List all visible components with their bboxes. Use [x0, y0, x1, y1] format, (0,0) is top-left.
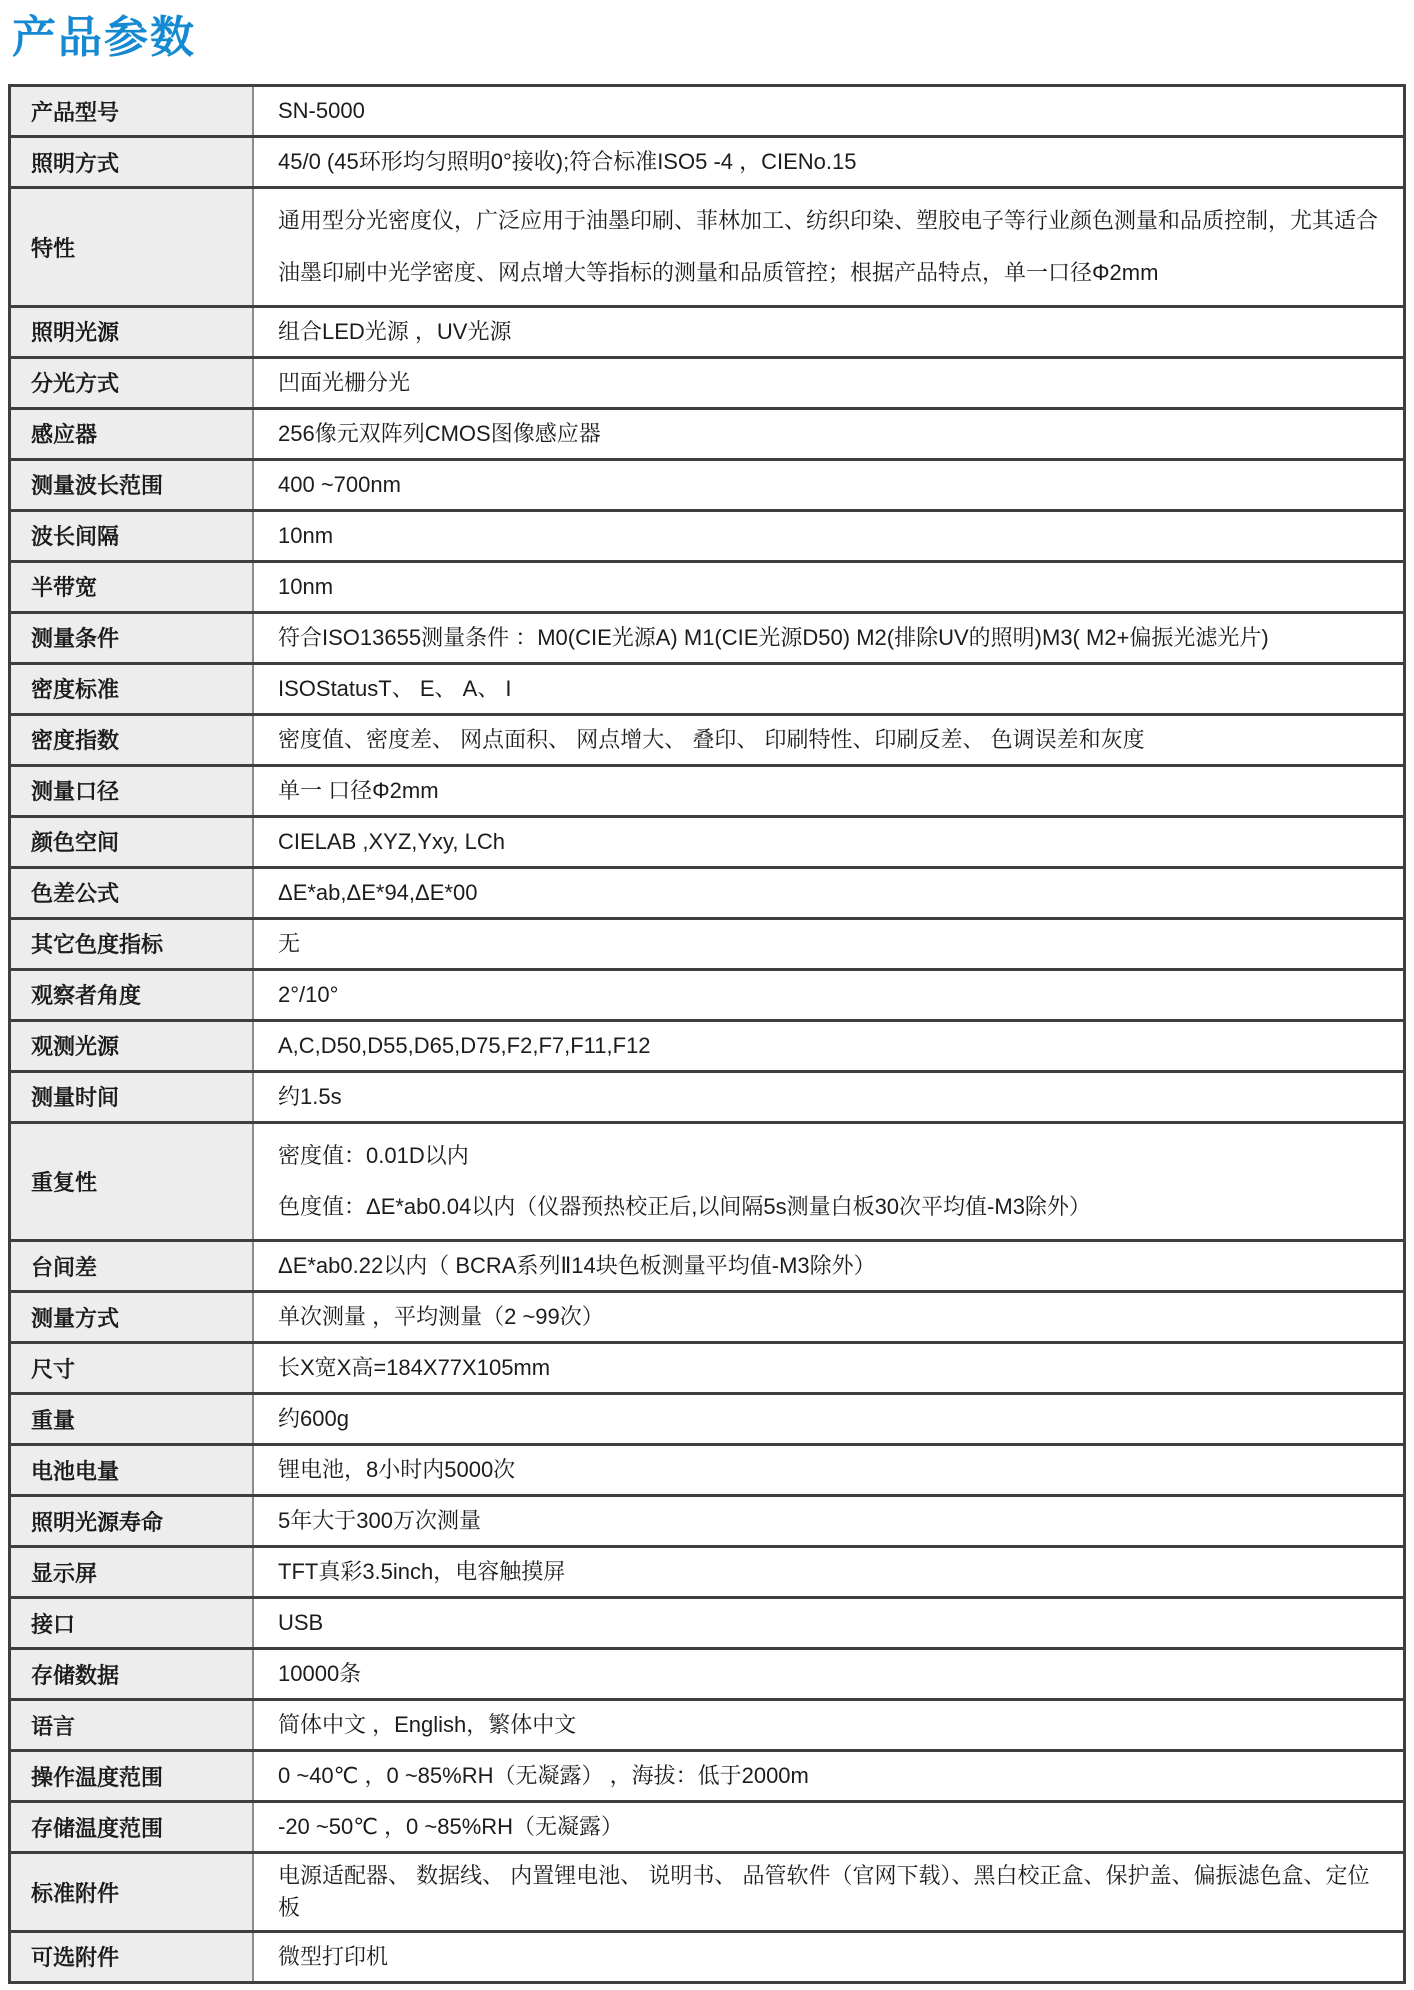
row-value: ΔE*ab0.22以内（ BCRA系列Ⅱ14块色板测量平均值-M3除外） — [254, 1242, 1403, 1290]
row-value: 简体中文 ，English，繁体中文 — [254, 1701, 1403, 1749]
table-row: 存储温度范围 -20 ~50℃ ，0 ~85%RH（无凝露） — [11, 1800, 1403, 1851]
row-label: 波长间隔 — [11, 512, 254, 560]
row-label: 观察者角度 — [11, 971, 254, 1019]
row-value: 符合ISO13655测量条件 ：M0(CIE光源A) M1(CIE光源D50) … — [254, 614, 1403, 662]
table-row: 测量条件 符合ISO13655测量条件 ：M0(CIE光源A) M1(CIE光源… — [11, 611, 1403, 662]
row-label: 测量条件 — [11, 614, 254, 662]
row-value: ΔE*ab,ΔE*94,ΔE*00 — [254, 869, 1403, 917]
row-value: 密度值：0.01D以内 色度值：ΔE*ab0.04以内（仪器预热校正后,以间隔5… — [254, 1124, 1403, 1239]
row-label: 显示屏 — [11, 1548, 254, 1596]
row-label: 产品型号 — [11, 87, 254, 135]
table-row: 照明方式 45/0 (45环形均匀照明0°接收);符合标准ISO5 -4 ，CI… — [11, 135, 1403, 186]
table-row: 显示屏 TFT真彩3.5inch，电容触摸屏 — [11, 1545, 1403, 1596]
table-row: 半带宽 10nm — [11, 560, 1403, 611]
row-value: 长X宽X高=184X77X105mm — [254, 1344, 1403, 1392]
table-row: 产品型号 SN-5000 — [11, 87, 1403, 135]
row-label: 电池电量 — [11, 1446, 254, 1494]
row-value: 2°/10° — [254, 971, 1403, 1019]
table-row: 观察者角度 2°/10° — [11, 968, 1403, 1019]
table-row: 波长间隔 10nm — [11, 509, 1403, 560]
row-value: 256像元双阵列CMOS图像感应器 — [254, 410, 1403, 458]
row-label: 感应器 — [11, 410, 254, 458]
row-label: 密度指数 — [11, 716, 254, 764]
table-row: 感应器 256像元双阵列CMOS图像感应器 — [11, 407, 1403, 458]
table-row: 测量方式 单次测量 ，平均测量（2 ~99次） — [11, 1290, 1403, 1341]
table-row: 测量时间 约1.5s — [11, 1070, 1403, 1121]
row-label: 测量波长范围 — [11, 461, 254, 509]
row-value: SN-5000 — [254, 87, 1403, 135]
row-label: 色差公式 — [11, 869, 254, 917]
row-value: 密度值、密度差、 网点面积、 网点增大、 叠印、 印刷特性、印刷反差、 色调误差… — [254, 716, 1403, 764]
row-label: 尺寸 — [11, 1344, 254, 1392]
table-row: 可选附件 微型打印机 — [11, 1930, 1403, 1981]
table-row: 电池电量 锂电池，8小时内5000次 — [11, 1443, 1403, 1494]
row-value: -20 ~50℃ ，0 ~85%RH（无凝露） — [254, 1803, 1403, 1851]
row-value: 约1.5s — [254, 1073, 1403, 1121]
row-value: USB — [254, 1599, 1403, 1647]
table-row: 照明光源寿命 5年大于300万次测量 — [11, 1494, 1403, 1545]
row-value: 凹面光栅分光 — [254, 359, 1403, 407]
row-value: 锂电池，8小时内5000次 — [254, 1446, 1403, 1494]
row-label: 半带宽 — [11, 563, 254, 611]
table-row: 测量口径 单一 口径Φ2mm — [11, 764, 1403, 815]
row-value: 10000条 — [254, 1650, 1403, 1698]
table-row: 分光方式 凹面光栅分光 — [11, 356, 1403, 407]
row-value: CIELAB ,XYZ,Yxy, LCh — [254, 818, 1403, 866]
row-label: 特性 — [11, 189, 254, 304]
table-row: 重复性 密度值：0.01D以内 色度值：ΔE*ab0.04以内（仪器预热校正后,… — [11, 1121, 1403, 1239]
row-value: 组合LED光源 ，UV光源 — [254, 308, 1403, 356]
row-label: 测量口径 — [11, 767, 254, 815]
row-label: 接口 — [11, 1599, 254, 1647]
row-label: 可选附件 — [11, 1933, 254, 1981]
table-row: 照明光源 组合LED光源 ，UV光源 — [11, 305, 1403, 356]
row-label: 存储温度范围 — [11, 1803, 254, 1851]
spec-table: 产品型号 SN-5000 照明方式 45/0 (45环形均匀照明0°接收);符合… — [8, 84, 1406, 1984]
row-value: 单一 口径Φ2mm — [254, 767, 1403, 815]
table-row: 特性 通用型分光密度仪，广泛应用于油墨印刷、菲林加工、纺织印染、塑胶电子等行业颜… — [11, 186, 1403, 304]
row-label: 照明光源 — [11, 308, 254, 356]
row-value: ISOStatusT、 E、 A、 I — [254, 665, 1403, 713]
row-label: 测量时间 — [11, 1073, 254, 1121]
table-row: 密度指数 密度值、密度差、 网点面积、 网点增大、 叠印、 印刷特性、印刷反差、… — [11, 713, 1403, 764]
row-label: 颜色空间 — [11, 818, 254, 866]
table-row: 尺寸 长X宽X高=184X77X105mm — [11, 1341, 1403, 1392]
table-row: 台间差 ΔE*ab0.22以内（ BCRA系列Ⅱ14块色板测量平均值-M3除外） — [11, 1239, 1403, 1290]
row-label: 标准附件 — [11, 1854, 254, 1930]
row-label: 分光方式 — [11, 359, 254, 407]
row-label: 测量方式 — [11, 1293, 254, 1341]
table-row: 密度标准 ISOStatusT、 E、 A、 I — [11, 662, 1403, 713]
row-value: 单次测量 ，平均测量（2 ~99次） — [254, 1293, 1403, 1341]
table-row: 存储数据 10000条 — [11, 1647, 1403, 1698]
row-label: 密度标准 — [11, 665, 254, 713]
row-value: A,C,D50,D55,D65,D75,F2,F7,F11,F12 — [254, 1022, 1403, 1070]
row-label: 观测光源 — [11, 1022, 254, 1070]
row-label: 照明光源寿命 — [11, 1497, 254, 1545]
row-value: 微型打印机 — [254, 1933, 1403, 1981]
row-label: 语言 — [11, 1701, 254, 1749]
row-label: 重量 — [11, 1395, 254, 1443]
table-row: 测量波长范围 400 ~700nm — [11, 458, 1403, 509]
table-row: 其它色度指标 无 — [11, 917, 1403, 968]
row-value: 无 — [254, 920, 1403, 968]
row-value: 45/0 (45环形均匀照明0°接收);符合标准ISO5 -4 ，CIENo.1… — [254, 138, 1403, 186]
row-value: 电源适配器、 数据线、 内置锂电池、 说明书、 品管软件（官网下载）、黑白校正盒… — [254, 1854, 1403, 1930]
row-value: 0 ~40℃ ，0 ~85%RH（无凝露） ，海拔：低于2000m — [254, 1752, 1403, 1800]
table-row: 重量 约600g — [11, 1392, 1403, 1443]
row-value: 通用型分光密度仪，广泛应用于油墨印刷、菲林加工、纺织印染、塑胶电子等行业颜色测量… — [254, 189, 1403, 304]
row-value: 10nm — [254, 563, 1403, 611]
table-row: 观测光源 A,C,D50,D55,D65,D75,F2,F7,F11,F12 — [11, 1019, 1403, 1070]
row-label: 存储数据 — [11, 1650, 254, 1698]
table-row: 语言 简体中文 ，English，繁体中文 — [11, 1698, 1403, 1749]
row-label: 其它色度指标 — [11, 920, 254, 968]
table-row: 颜色空间 CIELAB ,XYZ,Yxy, LCh — [11, 815, 1403, 866]
row-value: 约600g — [254, 1395, 1403, 1443]
row-label: 台间差 — [11, 1242, 254, 1290]
table-row: 接口 USB — [11, 1596, 1403, 1647]
table-row: 色差公式 ΔE*ab,ΔE*94,ΔE*00 — [11, 866, 1403, 917]
spec-sheet-page: 产品参数 产品型号 SN-5000 照明方式 45/0 (45环形均匀照明0°接… — [0, 0, 1414, 1990]
table-row: 操作温度范围 0 ~40℃ ，0 ~85%RH（无凝露） ，海拔：低于2000m — [11, 1749, 1403, 1800]
row-label: 重复性 — [11, 1124, 254, 1239]
row-label: 操作温度范围 — [11, 1752, 254, 1800]
row-value: 5年大于300万次测量 — [254, 1497, 1403, 1545]
table-row: 标准附件 电源适配器、 数据线、 内置锂电池、 说明书、 品管软件（官网下载）、… — [11, 1851, 1403, 1930]
row-value: 10nm — [254, 512, 1403, 560]
row-label: 照明方式 — [11, 138, 254, 186]
row-value: TFT真彩3.5inch，电容触摸屏 — [254, 1548, 1403, 1596]
row-value: 400 ~700nm — [254, 461, 1403, 509]
page-title: 产品参数 — [8, 10, 1406, 84]
